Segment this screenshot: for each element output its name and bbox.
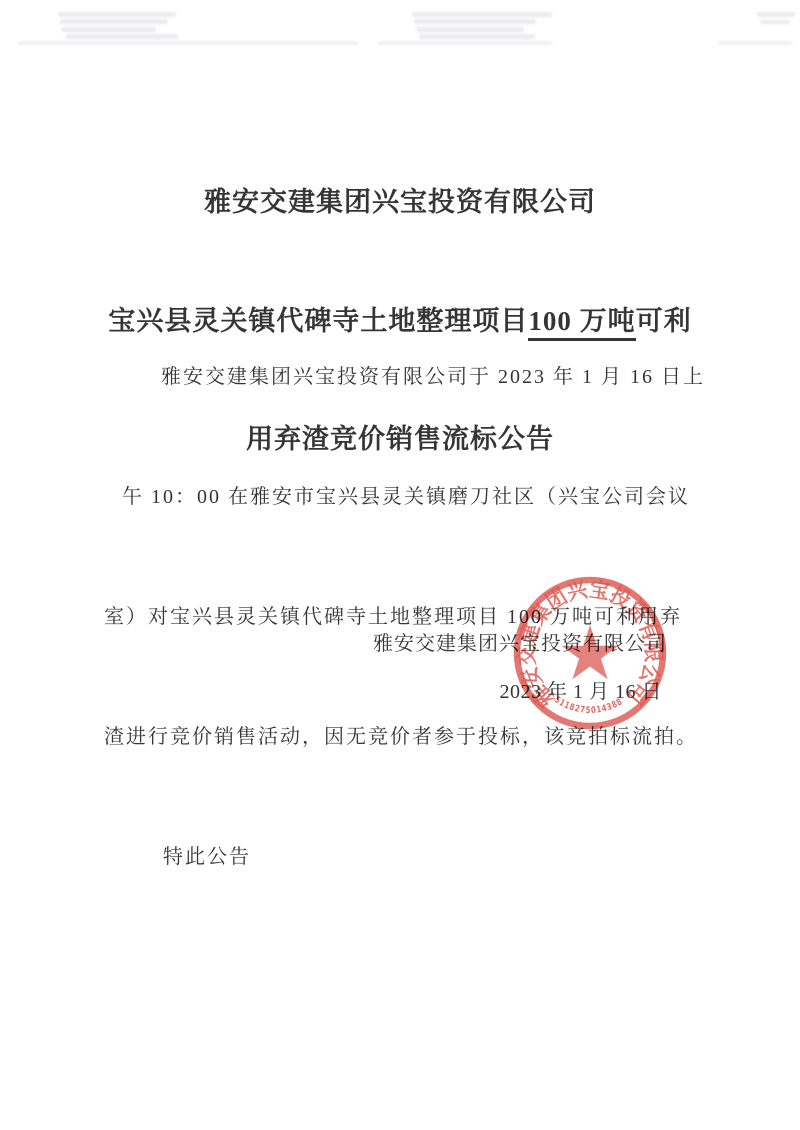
- body-line-1: 雅安交建集团兴宝投资有限公司于 2023 年 1 月 16 日上: [104, 357, 724, 397]
- bleed-through-artifact: [419, 34, 535, 39]
- bleed-through-artifact: [757, 12, 795, 17]
- bleed-through-artifact: [718, 41, 792, 45]
- seal-star-icon: [562, 625, 619, 679]
- bleed-through-artifact: [416, 27, 524, 32]
- scanned-page: 雅安交建集团兴宝投资有限公司 宝兴县灵关镇代碑寺土地整理项目100 万吨可利 用…: [0, 0, 800, 1130]
- bleed-through-artifact: [378, 41, 552, 45]
- bleed-through-artifact: [66, 34, 178, 39]
- bleed-through-artifact: [414, 19, 536, 24]
- seal-serial-number: 5118275014388: [552, 695, 625, 716]
- bleed-through-artifact: [412, 12, 552, 17]
- title-line-1: 雅安交建集团兴宝投资有限公司: [0, 183, 800, 223]
- bleed-through-artifact: [61, 27, 156, 32]
- body-line-2: 午 10：00 在雅安市宝兴县灵关镇磨刀社区（兴宝公司会议: [104, 477, 724, 517]
- body-closing: 特此公告: [104, 837, 724, 877]
- bleed-through-artifact: [760, 20, 790, 24]
- bleed-through-artifact: [18, 41, 358, 45]
- bleed-through-artifact: [58, 12, 176, 17]
- bleed-through-artifact: [60, 19, 168, 24]
- company-seal: 雅安交建集团兴宝投资有限公司 5118275014388: [505, 568, 675, 738]
